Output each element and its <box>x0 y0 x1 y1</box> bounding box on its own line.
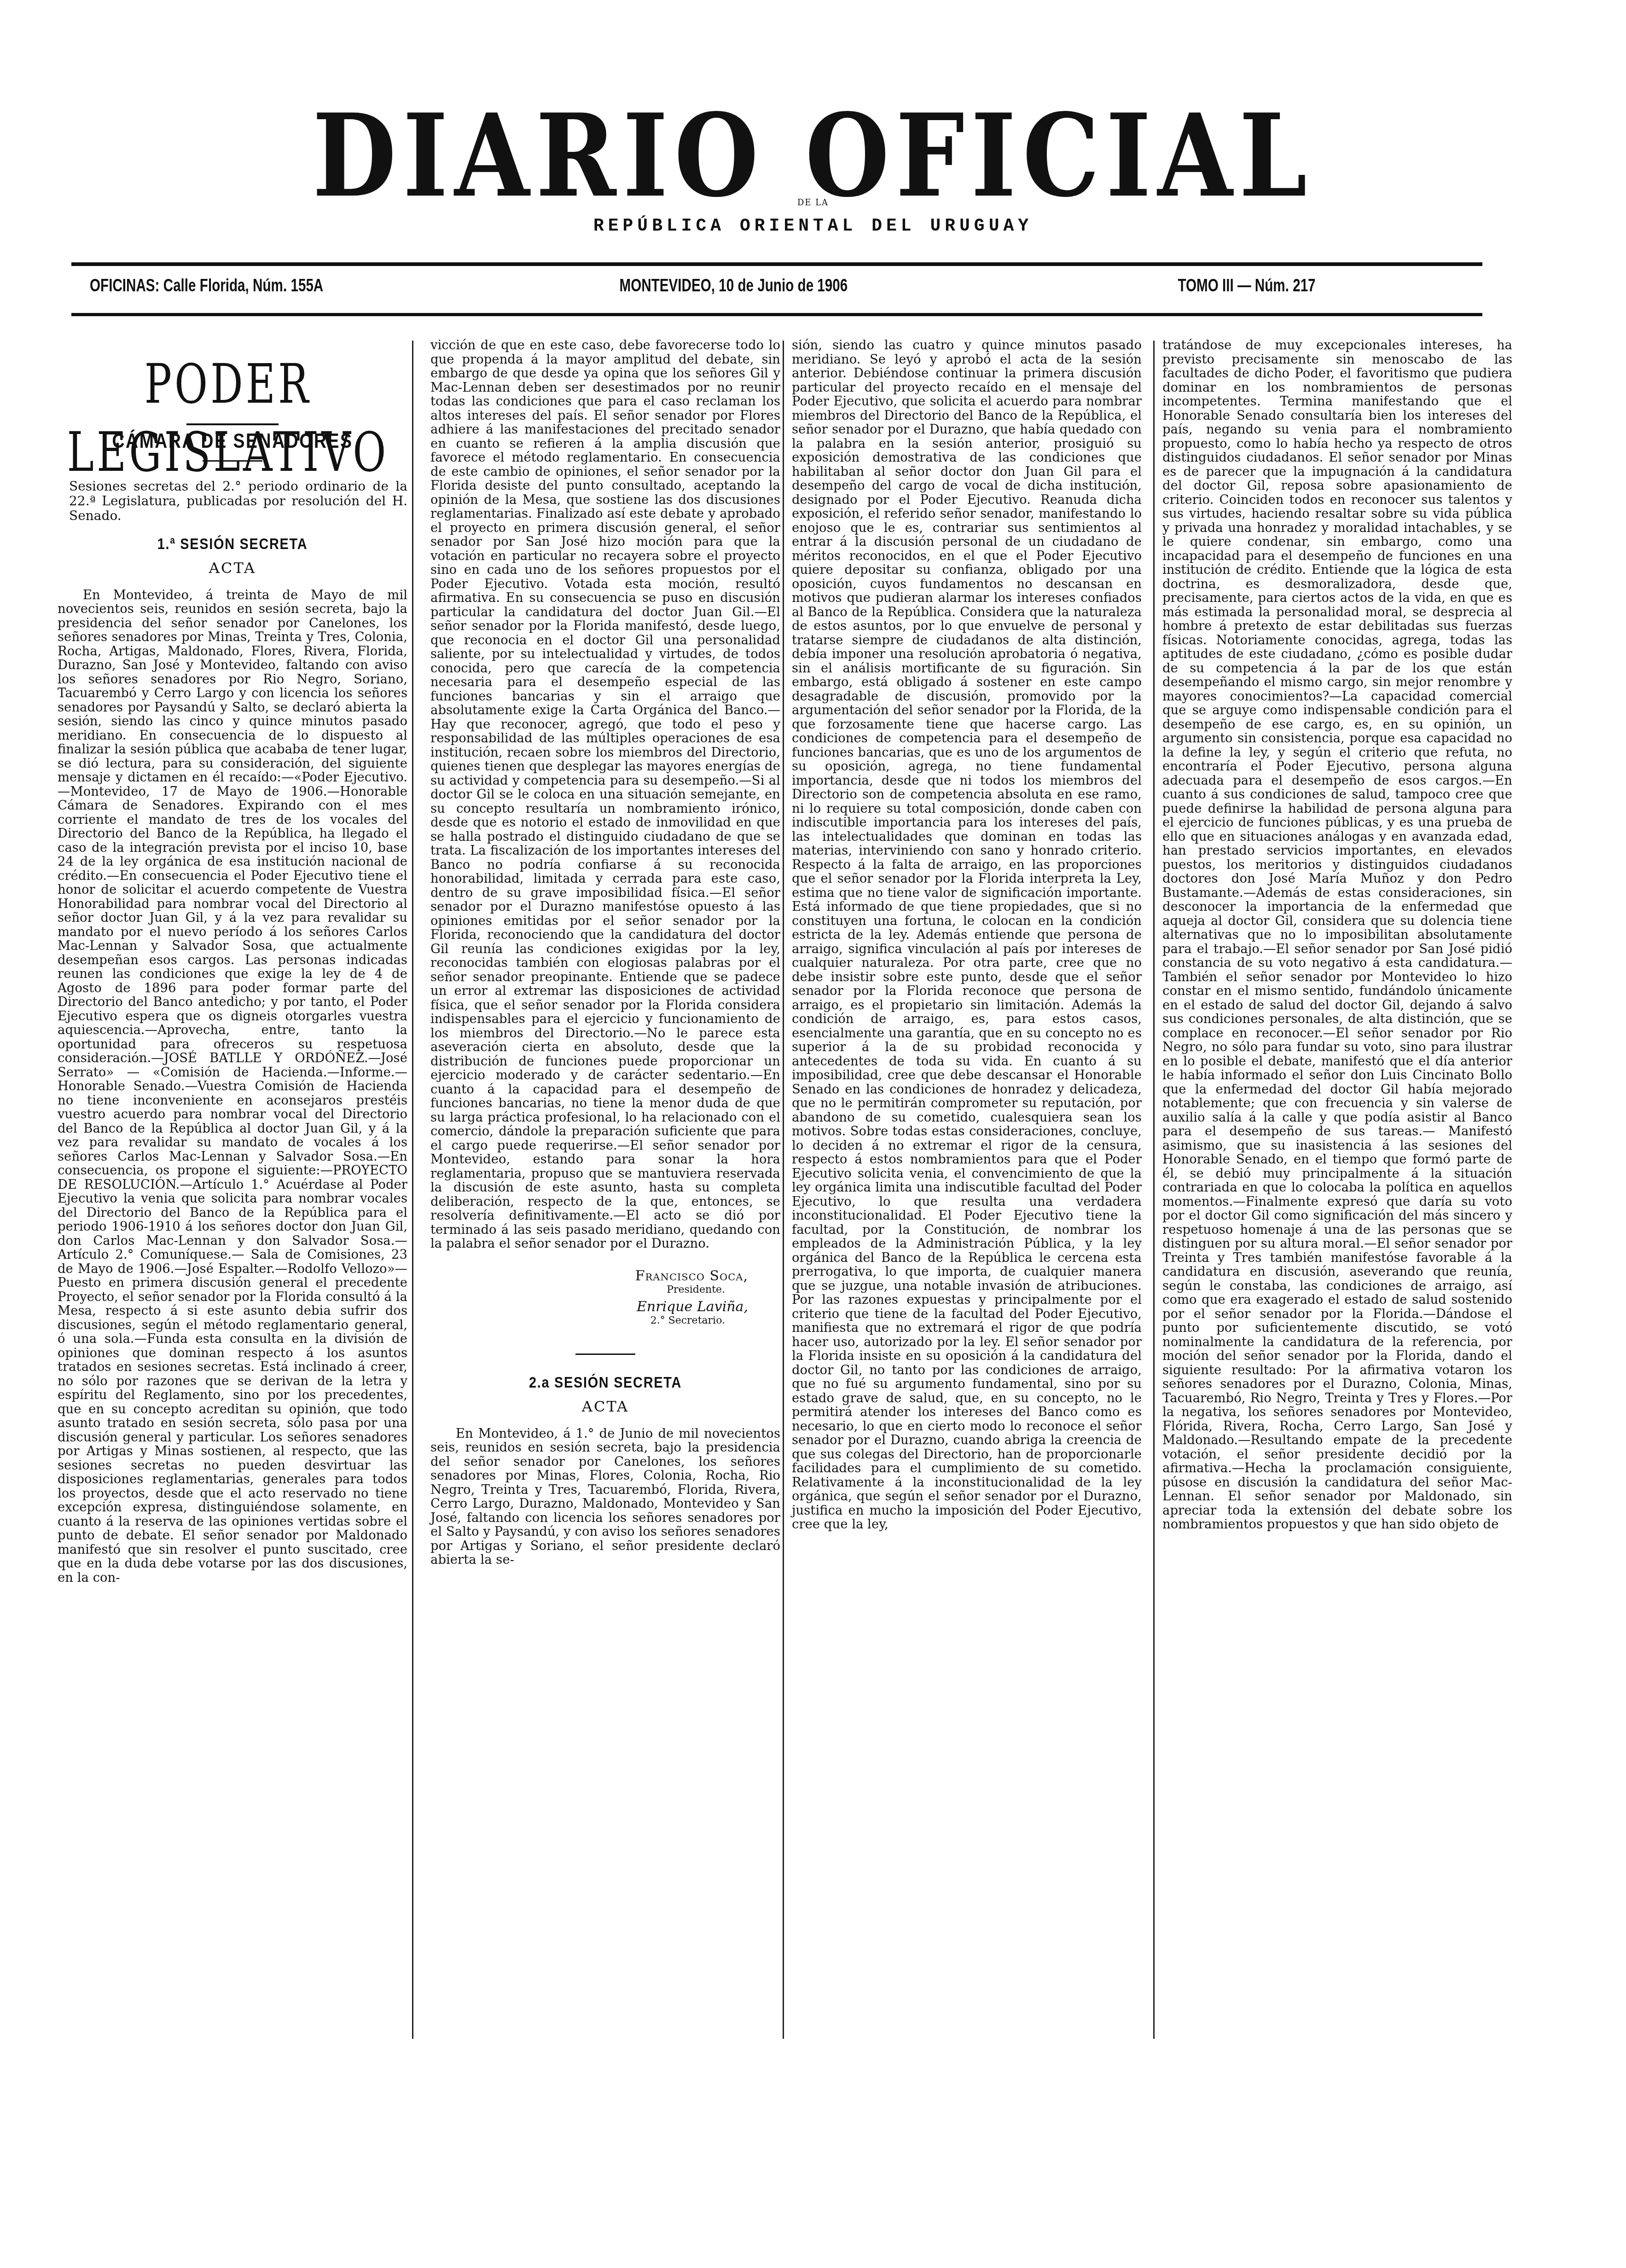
newspaper-title: DIARIO OFICIAL <box>0 99 1626 213</box>
column-4: tratándose de muy excepcionales interese… <box>1162 338 1512 1532</box>
issue-number: TOMO III — Núm. 217 <box>1178 276 1315 296</box>
column-1: PODER LEGISLATIVO CÁMARA DE SENADORES Se… <box>58 350 407 1585</box>
offices-address: OFICINAS: Calle Florida, Núm. 155A <box>90 276 323 296</box>
article-text: vicción de que en este caso, debe favore… <box>430 338 780 1251</box>
divider <box>575 1354 635 1355</box>
signature-name: Francisco Soca, <box>430 1269 757 1284</box>
signatures: Francisco Soca, Presidente. Enrique Lavi… <box>430 1269 780 1328</box>
info-bar: OFICINAS: Calle Florida, Núm. 155A MONTE… <box>90 276 1163 299</box>
column-2: vicción de que en este caso, debe favore… <box>430 338 780 1567</box>
masthead-rule-bottom <box>71 313 1482 316</box>
column-divider-3 <box>1153 341 1155 2039</box>
article-text: En Montevideo, á treinta de Mayo de mil … <box>58 588 407 1585</box>
article-text: tratándose de muy excepcionales interese… <box>1162 338 1512 1532</box>
session-1-acta: ACTA <box>58 561 407 575</box>
signature-role: Presidente. <box>430 1283 757 1297</box>
article-text: En Montevideo, á 1.° de Junio de mil nov… <box>430 1427 780 1567</box>
column-divider-2 <box>783 341 784 2039</box>
column-3: sión, siendo las cuatro y quince minutos… <box>792 338 1142 1532</box>
session-2-heading: 2.a SESIÓN SECRETA <box>457 1376 754 1390</box>
article-text: sión, siendo las cuatro y quince minutos… <box>792 338 1142 1532</box>
session-1-heading: 1.ª SESIÓN SECRETA <box>84 537 381 551</box>
de-la-label: DE LA <box>0 198 1626 208</box>
chamber-heading: CÁMARA DE SENADORES <box>84 434 381 449</box>
section-title: PODER LEGISLATIVO <box>48 350 407 440</box>
newspaper-subtitle: REPÚBLICA ORIENTAL DEL URUGUAY <box>0 216 1626 236</box>
column-divider-1 <box>412 341 413 2039</box>
signature-name: Enrique Laviña, <box>430 1300 757 1314</box>
masthead-rule-top <box>71 262 1482 266</box>
dateline: MONTEVIDEO, 10 de Junio de 1906 <box>620 276 848 296</box>
signature-role: 2.° Secretario. <box>430 1314 757 1328</box>
session-2-acta: ACTA <box>430 1400 780 1414</box>
